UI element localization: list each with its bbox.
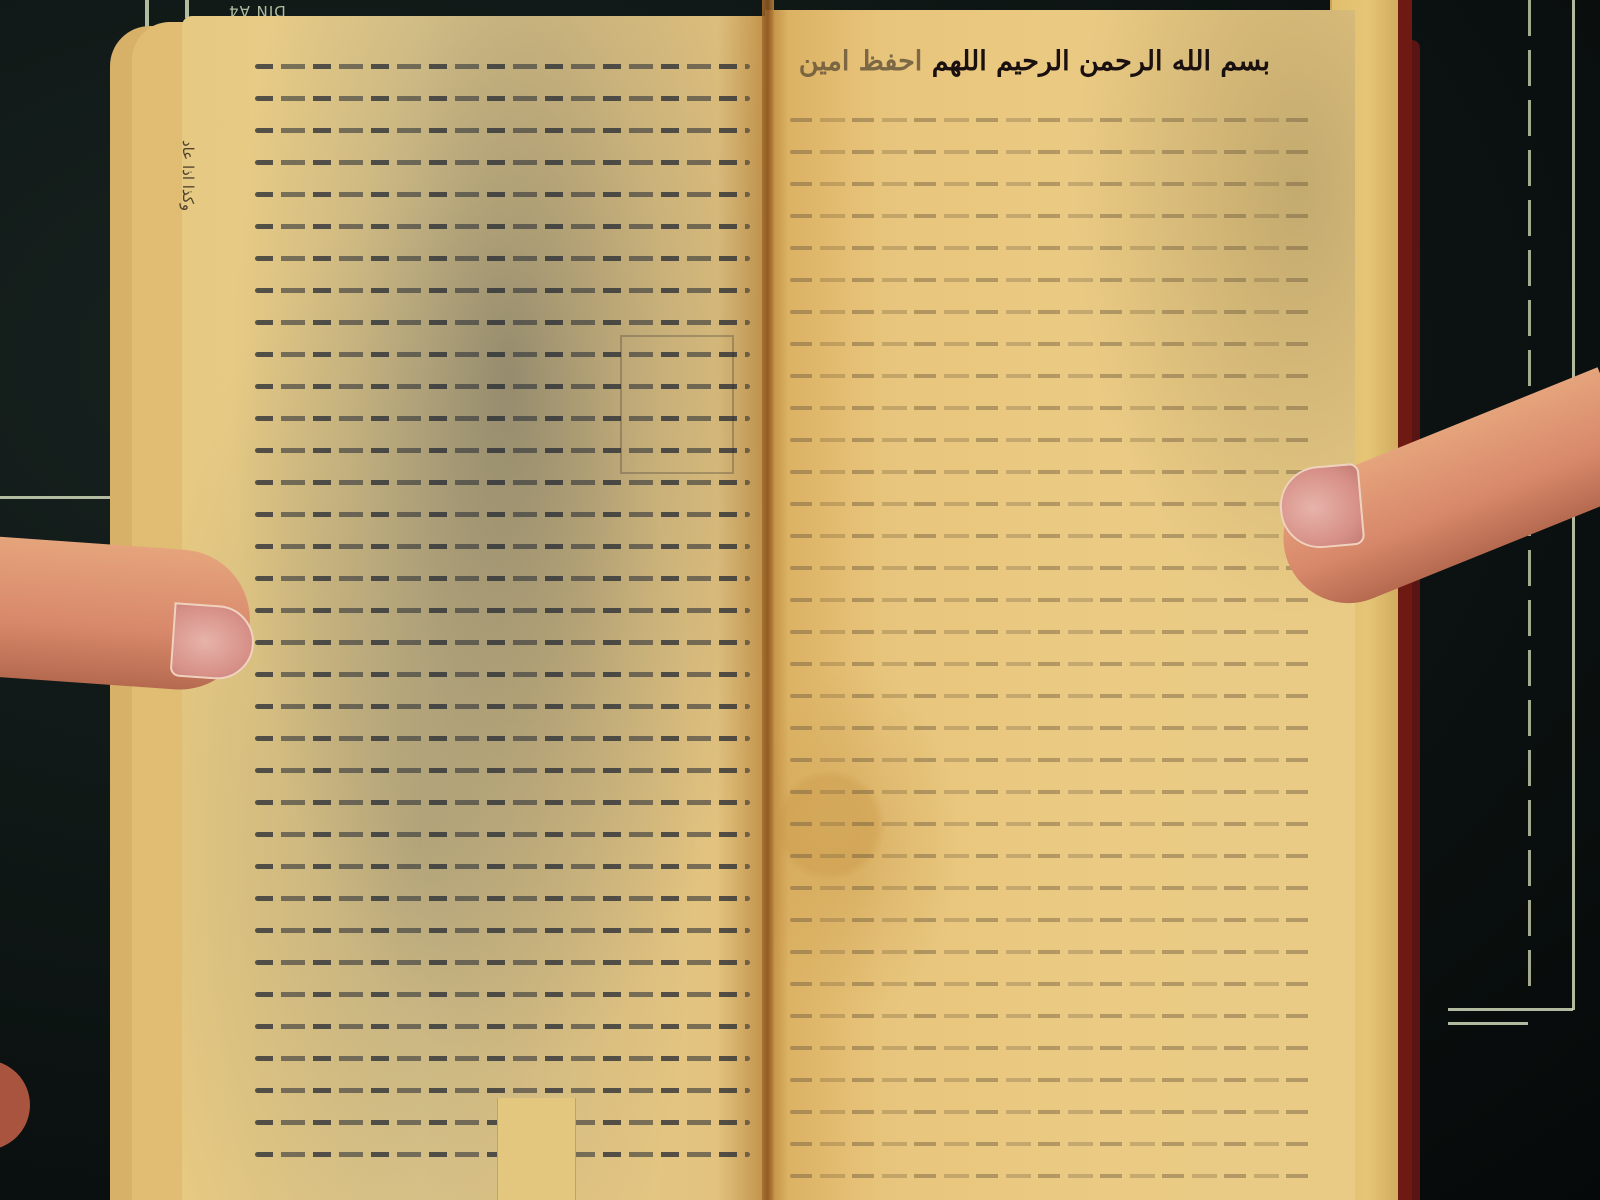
- book-gutter: [762, 0, 774, 1200]
- right-page-text: [790, 118, 1310, 1200]
- mat-grid-line: [1448, 1008, 1573, 1011]
- margin-note: وكذا اذا عاد: [175, 140, 197, 430]
- mat-grid-line: [185, 0, 189, 18]
- left-page-text: [255, 64, 750, 1184]
- heading-faded: احفظ امين: [799, 46, 923, 77]
- basmala-heading: بسم الله الرحمن الرحيم اللهم احفظ امين: [890, 46, 1270, 77]
- right-cover-edge: [1398, 0, 1412, 1200]
- heading-main: بسم الله الرحمن الرحيم اللهم: [932, 46, 1270, 77]
- mat-grid-line: [1448, 1022, 1528, 1025]
- paper-repair-patch: [497, 1098, 576, 1200]
